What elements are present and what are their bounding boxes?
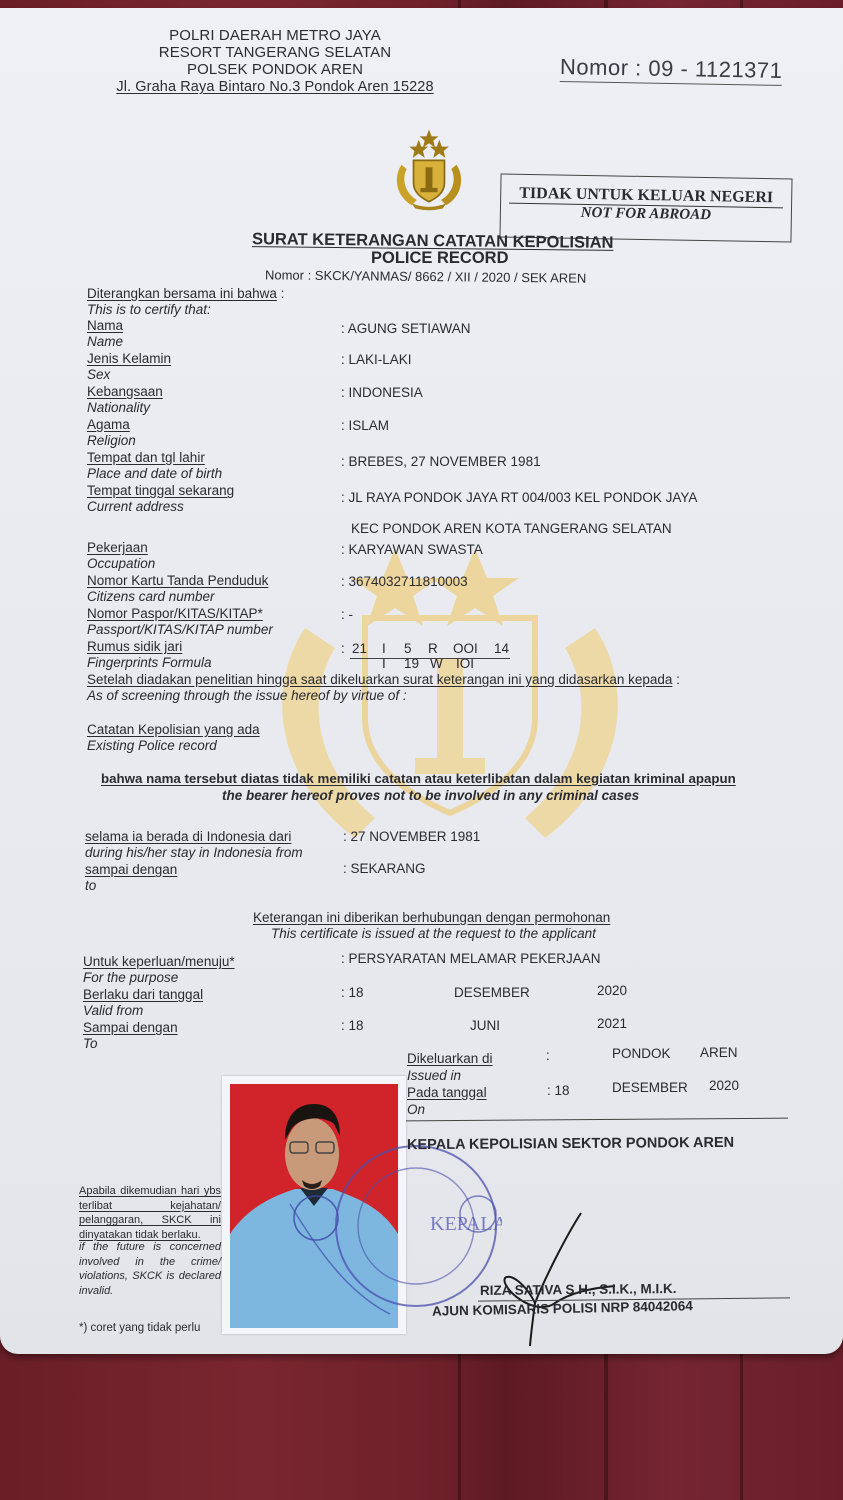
purpose-label: Untuk keperluan/menuju* [83, 954, 235, 969]
field-fingerprint-label-en: Fingerprints Formula [87, 655, 212, 670]
field-passport-label-en: Passport/KITAS/KITAP number [87, 622, 273, 637]
issued-place-1: PONDOK [612, 1046, 671, 1061]
valid-from-month: DESEMBER [454, 985, 530, 1000]
signatory-name: RIZA SATIVA S.H., S.I.K., M.I.K. [480, 1281, 677, 1298]
header-line-1: POLRI DAERAH METRO JAYA [110, 27, 440, 44]
field-nationality-label-en: Nationality [87, 400, 150, 415]
field-birth-label: Tempat dan tgl lahir [87, 450, 205, 465]
valid-to-month: JUNI [470, 1018, 500, 1033]
field-occupation-value: : KARYAWAN SWASTA [341, 542, 483, 557]
existing-record-label: Catatan Kepolisian yang ada [87, 722, 260, 737]
invalidation-note-id: Apabila dikemudian hari ybs terlibat kej… [79, 1184, 221, 1242]
field-occupation-label: Pekerjaan [87, 540, 148, 555]
field-name-label-en: Name [87, 334, 123, 349]
request-note-id: Keterangan ini diberikan berhubungan den… [253, 910, 610, 925]
issued-place-colon: : [546, 1048, 550, 1063]
issued-date-label: Pada tanggal [407, 1085, 487, 1100]
issued-year: 2020 [709, 1078, 739, 1093]
field-sex-label: Jenis Kelamin [87, 351, 171, 366]
stay-from-label-en: during his/her stay in Indonesia from [85, 845, 303, 860]
footnote: *) coret yang tidak perlu [79, 1322, 200, 1334]
valid-from-label: Berlaku dari tanggal [83, 987, 203, 1002]
header-address: Jl. Graha Raya Bintaro No.3 Pondok Aren … [100, 79, 450, 95]
stay-to-value: : SEKARANG [343, 861, 426, 876]
stay-to-label: sampai dengan [85, 862, 177, 877]
document-subtitle: POLICE RECORD [371, 249, 509, 268]
valid-to-day: : 18 [341, 1018, 364, 1033]
signature-icon [495, 1208, 635, 1348]
serial-number: Nomor : 09 - 1121371 [560, 54, 783, 86]
field-id-card-label: Nomor Kartu Tanda Penduduk [87, 573, 268, 588]
issued-day: : 18 [547, 1083, 570, 1098]
field-name-value: : AGUNG SETIAWAN [341, 321, 471, 336]
valid-from-day: : 18 [341, 985, 364, 1000]
field-id-card-value: : 3674032711810003 [341, 574, 468, 589]
field-birth-label-en: Place and date of birth [87, 466, 222, 481]
reference-number: Nomor : SKCK/YANMAS/ 8662 / XII / 2020 /… [265, 267, 586, 285]
stay-to-label-en: to [85, 878, 96, 893]
field-id-card-label-en: Citizens card number [87, 589, 215, 604]
purpose-label-en: For the purpose [83, 970, 178, 985]
valid-from-year: 2020 [597, 983, 627, 998]
clean-record-statement-en: the bearer hereof proves not to be invol… [222, 788, 639, 803]
field-sex-value: : LAKI-LAKI [341, 352, 412, 367]
clean-record-statement: bahwa nama tersebut diatas tidak memilik… [101, 771, 736, 786]
issued-place-2: AREN [700, 1045, 738, 1060]
official-stamp-icon: KEPALA [330, 1126, 502, 1326]
field-birth-value: : BREBES, 27 NOVEMBER 1981 [341, 454, 541, 469]
screening-id: Setelah diadakan penelitian hingga saat … [87, 672, 680, 687]
header-line-3: POLSEK PONDOK AREN [110, 61, 440, 78]
field-passport-label: Nomor Paspor/KITAS/KITAP* [87, 606, 263, 621]
issued-divider [406, 1118, 788, 1122]
field-address-label: Tempat tinggal sekarang [87, 483, 234, 498]
issued-place-label-en: Issued in [407, 1068, 461, 1083]
screening-en: As of screening through the issue hereof… [87, 688, 407, 703]
stay-from-label: selama ia berada di Indonesia dari [85, 829, 291, 844]
stay-from-value: : 27 NOVEMBER 1981 [343, 829, 480, 844]
invalidation-note-en: if the future is concerned involved in t… [79, 1240, 221, 1298]
field-occupation-label-en: Occupation [87, 556, 155, 571]
field-religion-value: : ISLAM [341, 418, 389, 433]
field-name-label: Nama [87, 318, 123, 333]
field-religion-label-en: Religion [87, 433, 136, 448]
field-nationality-value: : INDONESIA [341, 385, 423, 400]
police-emblem-icon [386, 126, 472, 212]
valid-from-label-en: Valid from [83, 1003, 143, 1018]
intro-id: Diterangkan bersama ini bahwa : [87, 286, 284, 301]
request-note-en: This certificate is issued at the reques… [271, 926, 596, 941]
existing-record-label-en: Existing Police record [87, 738, 217, 753]
field-address-value-line2: KEC PONDOK AREN KOTA TANGERANG SELATAN [351, 521, 672, 536]
svg-text:KEPALA: KEPALA [430, 1213, 502, 1235]
issued-date-label-en: On [407, 1102, 425, 1117]
header-line-2: RESORT TANGERANG SELATAN [110, 44, 440, 61]
fingerprint-colon: : [341, 641, 345, 656]
signatory-office: KEPALA KEPOLISIAN SEKTOR PONDOK AREN [407, 1135, 734, 1153]
police-record-document: POLRI DAERAH METRO JAYA RESORT TANGERANG… [0, 8, 843, 1354]
field-nationality-label: Kebangsaan [87, 384, 163, 399]
issued-month: DESEMBER [612, 1080, 688, 1095]
intro-en: This is to certify that: [87, 302, 211, 317]
field-religion-label: Agama [87, 417, 130, 432]
field-sex-label-en: Sex [87, 367, 110, 382]
field-passport-value: : - [341, 607, 353, 622]
field-address-value: : JL RAYA PONDOK JAYA RT 004/003 KEL PON… [341, 490, 697, 505]
field-address-label-en: Current address [87, 499, 184, 514]
purpose-value: : PERSYARATAN MELAMAR PEKERJAAN [341, 951, 601, 966]
valid-to-label-en: To [83, 1036, 98, 1051]
issued-place-label: Dikeluarkan di [407, 1051, 493, 1066]
valid-to-year: 2021 [597, 1016, 627, 1031]
valid-to-label: Sampai dengan [83, 1020, 178, 1035]
field-fingerprint-label: Rumus sidik jari [87, 639, 182, 654]
